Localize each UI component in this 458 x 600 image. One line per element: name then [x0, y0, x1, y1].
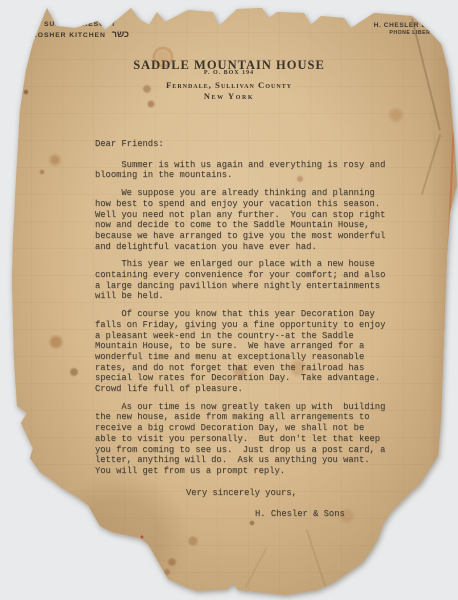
- paragraph-line: a pleasant week-end in the country--at t…: [95, 331, 385, 342]
- paragraph-line: You will get from us a prompt reply.: [95, 466, 385, 477]
- paragraph-5: As our time is now greatly taken up with…: [95, 402, 385, 477]
- closing-line: Very sincerely yours,: [95, 488, 385, 499]
- paragraph-line: special low rates for Decoration Day. Ta…: [95, 373, 385, 384]
- paragraph-line: containing every convenience for your co…: [95, 270, 385, 281]
- paragraph-line: and delightful vacation you have ever ha…: [95, 242, 385, 253]
- paragraph-line: wonderful time and menu at exceptionally…: [95, 352, 385, 363]
- paragraph-line: you from coming to see us. Just drop us …: [95, 445, 385, 456]
- kosher-kitchen-label: KOSHER KITCHENכשר: [32, 30, 129, 41]
- paragraph-line: Mountain House, to be sure. We have arra…: [95, 341, 385, 352]
- torn-aged-paper: SUMMER RESORT KOSHER KITCHENכשר H. CHESL…: [0, 0, 458, 600]
- paragraph-2: We suppose you are already thinking and …: [95, 188, 385, 252]
- crumple-crease-bottom-2: [245, 547, 267, 587]
- letterhead-po-box: P. O. BOX 194: [14, 70, 444, 76]
- paragraph-line: a large dancing pavillion where nightly …: [95, 281, 385, 292]
- hebrew-kosher-mark: כשר: [112, 29, 129, 39]
- paragraph-4: Of course you know that this year Decora…: [95, 309, 385, 395]
- paragraph-line: We suppose you are already thinking and …: [95, 188, 385, 199]
- paragraph-line: Well you need not plan any further. You …: [95, 210, 385, 221]
- letterhead-state-line: New York: [14, 92, 444, 101]
- paragraph-1: Summer is with us again and everything i…: [95, 160, 385, 181]
- paragraph-line: Summer is with us again and everything i…: [95, 160, 385, 171]
- company-name: H. CHESLER & SONS: [374, 22, 450, 30]
- letterhead-corner-left: SUMMER RESORT KOSHER KITCHENכשר: [32, 20, 129, 40]
- salutation: Dear Friends:: [95, 139, 385, 150]
- paragraph-line: able to visit you personally. But don't …: [95, 434, 385, 445]
- paragraph-line: blooming in the mountains.: [95, 170, 385, 181]
- paragraph-line: Crowd life full of pleasure.: [95, 384, 385, 395]
- paragraph-line: letter, anything will do. Ask us anythin…: [95, 455, 385, 466]
- paper-shadow-wrap: SUMMER RESORT KOSHER KITCHENכשר H. CHESL…: [0, 0, 458, 600]
- fold-crease-top-right-lower: [421, 134, 441, 195]
- letterhead-city-line: Ferndale, Sullivan County: [14, 80, 444, 90]
- scanned-letter-page: SUMMER RESORT KOSHER KITCHENכשר H. CHESL…: [0, 0, 458, 600]
- paragraph-line: now and decide to come to the Saddle Mou…: [95, 220, 385, 231]
- letter-body: Dear Friends: Summer is with us again an…: [95, 139, 385, 520]
- signature-line: H. Chesler & Sons: [95, 509, 385, 520]
- paragraph-line: This year we enlarged our place with a n…: [95, 259, 385, 270]
- paragraph-line: As our time is now greatly taken up with…: [95, 402, 385, 413]
- paragraph-line: falls on Friday, giving you a fine oppor…: [95, 320, 385, 331]
- letterhead-corner-right: H. CHESLER & SONS PHONE LIBERTY 307: [374, 22, 450, 36]
- paragraph-line: how best to spend and enjoy your vacatio…: [95, 199, 385, 210]
- crumple-crease-bottom: [306, 529, 326, 587]
- paragraph-line: because we have arranged to give you the…: [95, 231, 385, 242]
- paragraph-line: rates, and do not forget that even the r…: [95, 363, 385, 374]
- paragraph-line: receive a big crowd Decoration Day, we s…: [95, 423, 385, 434]
- red-deckle-edge: [444, 95, 456, 330]
- paragraph-line: will be held.: [95, 291, 385, 302]
- paragraph-3: This year we enlarged our place with a n…: [95, 259, 385, 302]
- paragraph-line: Of course you know that this year Decora…: [95, 309, 385, 320]
- paragraph-line: the new house, aside from making all arr…: [95, 412, 385, 423]
- phone-number: PHONE LIBERTY 307: [374, 30, 450, 37]
